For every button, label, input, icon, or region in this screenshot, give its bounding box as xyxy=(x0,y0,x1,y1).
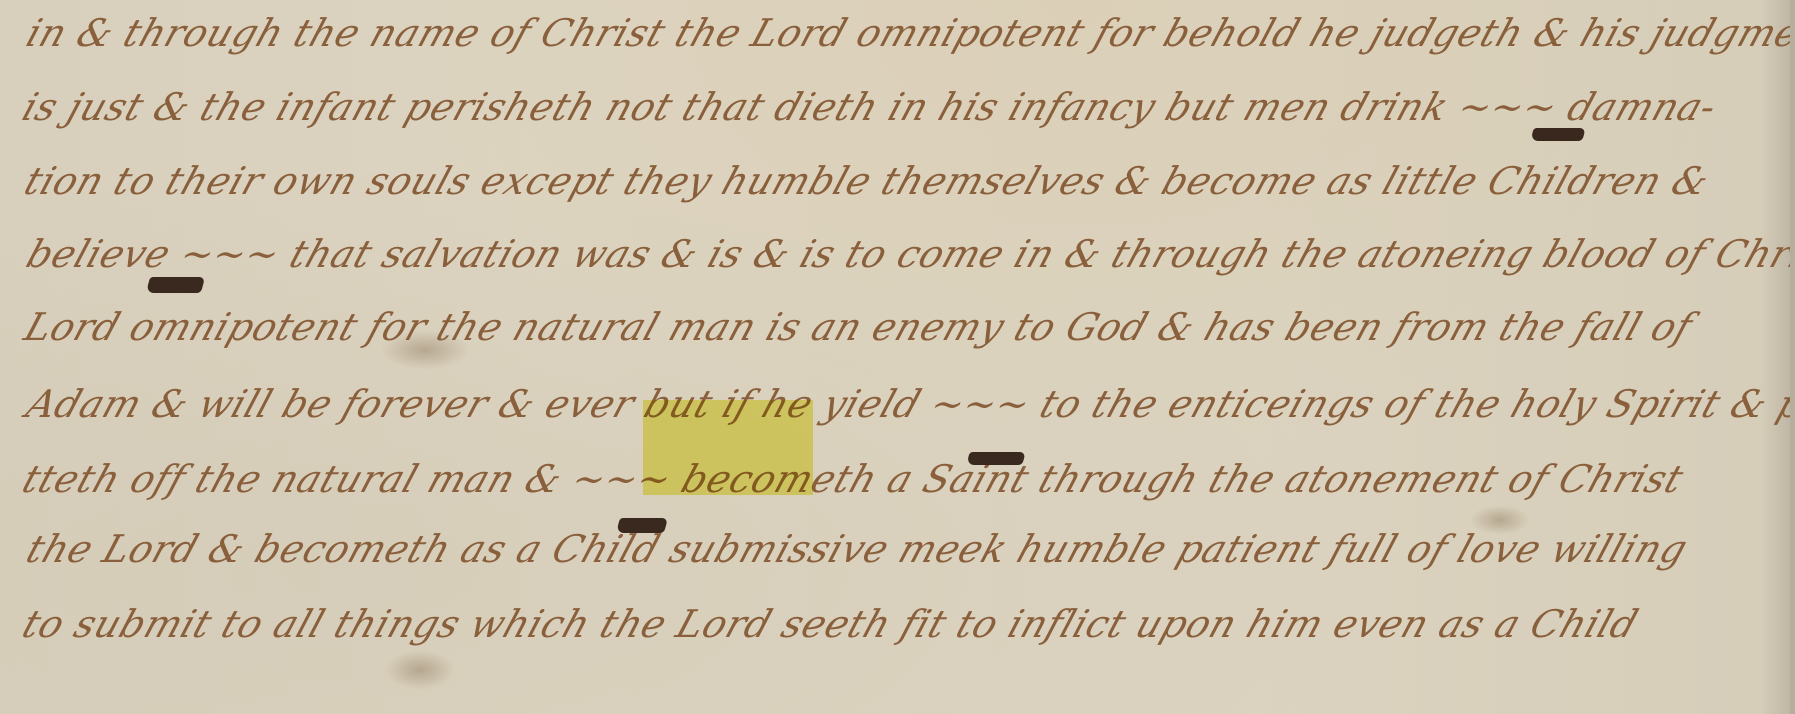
manuscript-line-6: Adam & will be forever & ever but if he … xyxy=(22,385,1795,423)
ink-strikethrough xyxy=(966,452,1025,465)
manuscript-page: in & through the name of Christ the Lord… xyxy=(0,0,1795,714)
manuscript-line-2: is just & the infant perisheth not that … xyxy=(18,88,1721,126)
manuscript-line-3: tion to their own souls except they humb… xyxy=(20,162,1714,200)
manuscript-line-4: believe ~~~ that salvation was & is & is… xyxy=(22,235,1795,273)
text-highlight[interactable] xyxy=(643,400,813,495)
manuscript-line-9: to submit to all things which the Lord s… xyxy=(18,605,1643,643)
page-edge xyxy=(1790,0,1795,714)
manuscript-line-7: tteth off the natural man & ~~~ becometh… xyxy=(18,460,1688,498)
ink-stain xyxy=(385,650,455,690)
manuscript-line-5: Lord omnipotent for the natural man is a… xyxy=(20,308,1697,346)
ink-strikethrough xyxy=(146,277,205,293)
manuscript-line-1: in & through the name of Christ the Lord… xyxy=(22,14,1795,52)
manuscript-line-8: the Lord & becometh as a Child submissiv… xyxy=(22,530,1692,568)
ink-strikethrough xyxy=(1530,128,1585,141)
ink-strikethrough xyxy=(616,518,668,533)
